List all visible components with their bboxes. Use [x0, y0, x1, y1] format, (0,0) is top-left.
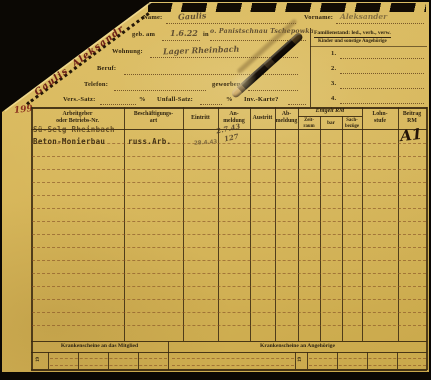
dotted-line	[166, 23, 296, 24]
art-entry: russ.Arb.	[128, 137, 171, 146]
name-value: Gaulis	[178, 10, 207, 21]
footer-row-line	[50, 365, 167, 366]
family-box-left-border	[310, 28, 311, 107]
footer-year-label-right: 19	[298, 357, 303, 362]
row-line	[32, 273, 426, 274]
row-line	[32, 325, 426, 326]
dotted-line	[340, 103, 424, 104]
col-header-entgelt-group: Entgelt RM	[298, 108, 362, 115]
row-line	[32, 169, 426, 170]
eintritt-stamp: 28.4.43	[194, 139, 218, 147]
footer-row-line	[50, 358, 167, 359]
geb-am-value: 1.6.22	[170, 28, 198, 38]
footer-cell-divider	[48, 352, 49, 369]
col-header-abmeldung: Ab- meldung	[275, 111, 298, 125]
col-header-beitrag: Beitrag RM	[398, 111, 426, 125]
dotted-line	[100, 104, 136, 105]
dotted-line	[124, 74, 298, 75]
wohnung-label: Wohnung:	[112, 48, 143, 55]
beruf-label: Beruf:	[97, 65, 116, 72]
col-header-art: Beschäftigungs- art	[124, 111, 183, 125]
row-line	[32, 156, 426, 157]
row-line	[32, 247, 426, 248]
col-header-bar: bar	[320, 120, 342, 126]
inv-karte-label: Inv.-Karte?	[244, 96, 279, 103]
col-header-eintritt: Eintritt	[183, 115, 218, 122]
dotted-line	[340, 73, 424, 74]
dotted-line	[248, 90, 298, 91]
row-line	[32, 286, 426, 287]
footer-row-line	[172, 365, 294, 366]
table-border-right	[426, 107, 428, 370]
beitrag-mark: A1	[399, 125, 423, 145]
telefon-label: Telefon:	[84, 81, 108, 88]
dotted-line	[162, 40, 200, 41]
row-line	[32, 299, 426, 300]
table-top-border	[31, 107, 427, 109]
col-header-sach: Sach- bezüge	[342, 118, 362, 130]
footer-cell-divider	[295, 352, 296, 369]
footer-cell-divider	[367, 352, 368, 369]
row-line	[32, 312, 426, 313]
in-label: in	[203, 31, 209, 38]
index-card: Gaulis Aleksandr Name: Gaulis Vorname: A…	[0, 0, 431, 380]
table-bottom-border	[31, 341, 427, 342]
percent-sign: %	[139, 96, 146, 103]
row-line	[32, 195, 426, 196]
dotted-line	[340, 58, 424, 59]
footer-cell-divider	[138, 352, 139, 369]
sub-column-divider	[342, 116, 343, 341]
col-header-zeitraum: Zeit- raum	[298, 118, 320, 130]
footer-cell-divider	[307, 352, 308, 369]
geb-am-label: geb. am	[132, 31, 155, 38]
table-border-left	[31, 107, 33, 370]
vers-satz-label: Vers.-Satz:	[63, 96, 95, 103]
entgelt-group-underline	[298, 116, 362, 117]
dotted-line	[336, 23, 424, 24]
family-box-header-line	[310, 46, 427, 47]
footer-divider	[168, 341, 169, 370]
row-line	[32, 234, 426, 235]
unfall-satz-label: Unfall-Satz:	[157, 96, 193, 103]
col-header-austritt: Austritt	[250, 115, 275, 122]
footer-row-line	[172, 358, 294, 359]
rotated-owner-name: Gaulis Aleksandr	[33, 24, 127, 98]
dotted-line	[200, 104, 222, 105]
employer-entry-line1: Sü-Selg Rheinbach	[33, 125, 115, 134]
col-header-employer: Arbeitgeber oder Betriebs-Nr.	[31, 111, 124, 125]
name-label: Name:	[143, 14, 162, 21]
anmeldung-entry-line2: 127	[223, 132, 239, 144]
row-line	[32, 260, 426, 261]
footer-left-title: Krankenscheine an das Mitglied	[31, 343, 168, 350]
footer-cell-divider	[108, 352, 109, 369]
footer-bottom-border	[31, 369, 427, 371]
sub-column-divider	[320, 116, 321, 341]
wohnung-value: Lager Rheinbach	[163, 44, 240, 57]
familienstand-label: Familienstand: led., verh., verw.	[314, 30, 391, 38]
footer-cell-divider	[78, 352, 79, 369]
footer-cell-divider	[337, 352, 338, 369]
row-line	[32, 221, 426, 222]
dependent-row-number: 1.	[331, 50, 336, 57]
row-line	[32, 208, 426, 209]
footer-row-line	[309, 365, 426, 366]
vorname-label: Vorname:	[304, 14, 333, 21]
scanned-photo-background: Gaulis Aleksandr Name: Gaulis Vorname: A…	[0, 0, 431, 380]
dotted-line	[340, 88, 424, 89]
dotted-line	[288, 104, 306, 105]
kinder-label: Kinder und sonstige Angehörige	[318, 39, 387, 44]
employer-entry-line2: Beton-Monierbau	[33, 137, 105, 146]
dependent-row-number: 3.	[331, 80, 336, 87]
dependent-row-number: 2.	[331, 65, 336, 72]
footer-right-title: Krankenscheine an Angehörige	[168, 343, 427, 350]
footer-year-label-left: 19	[36, 357, 41, 362]
vorname-value: Aleksander	[340, 12, 387, 21]
footer-cell-divider	[397, 352, 398, 369]
col-header-lohnstufe: Lohn- stufe	[362, 111, 398, 125]
dotted-line	[114, 90, 206, 91]
footer-row-line	[309, 358, 426, 359]
dependent-row-number: 4.	[331, 95, 336, 102]
row-line	[32, 182, 426, 183]
